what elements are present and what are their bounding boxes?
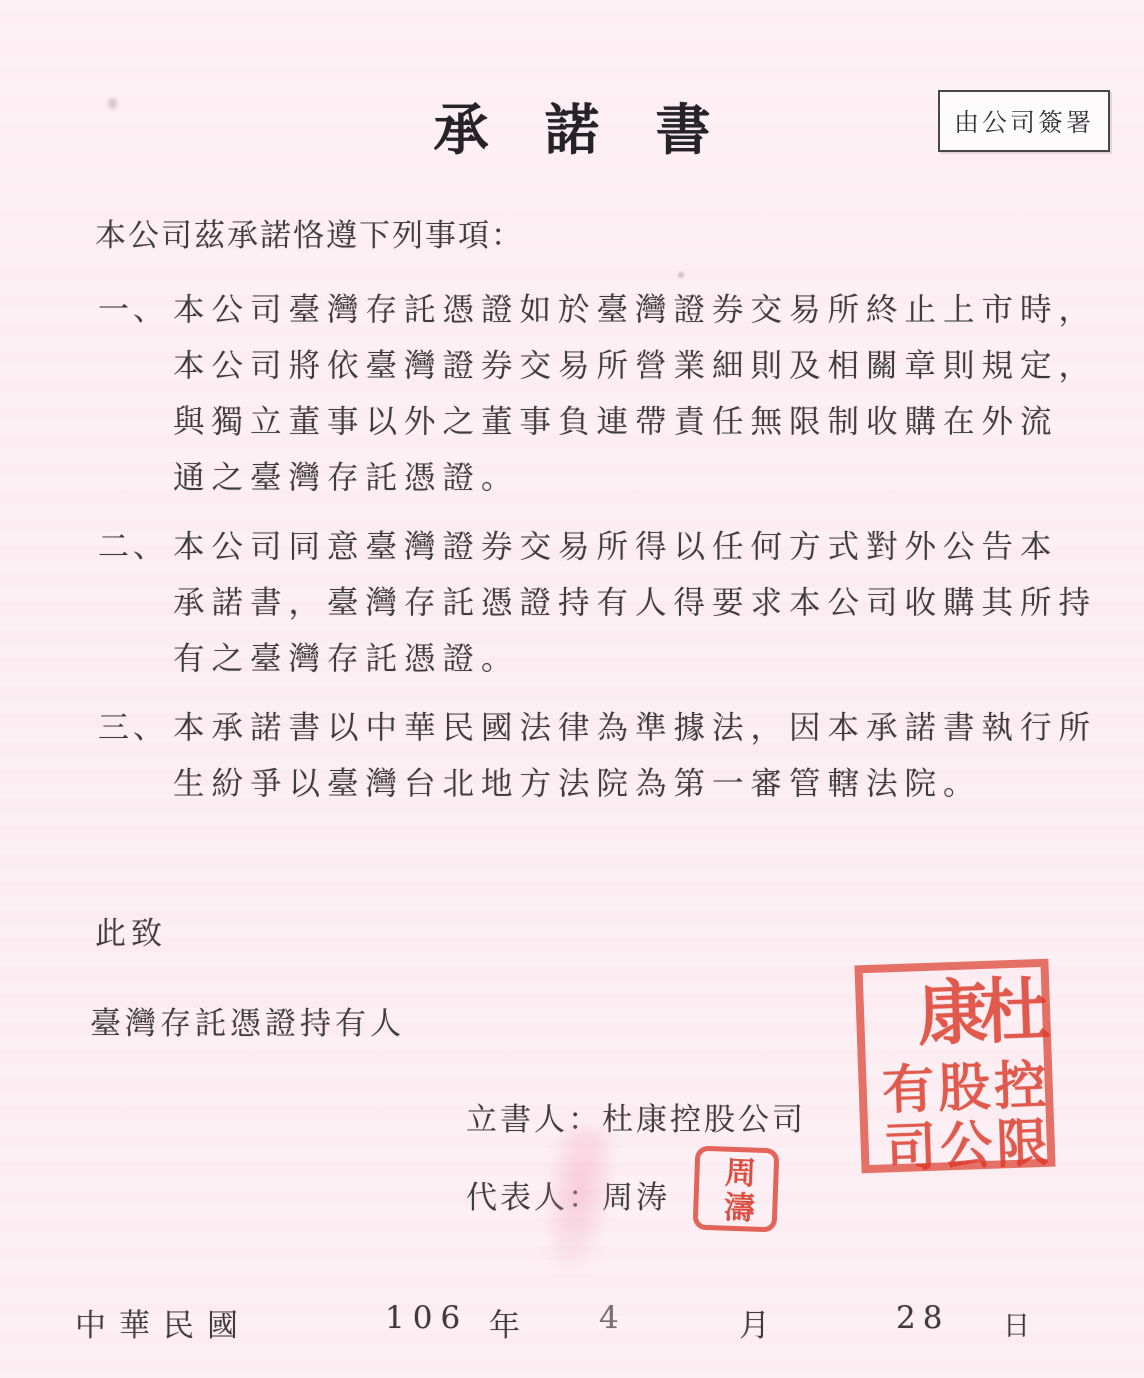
- item-text-line: 本公司同意臺灣證券交易所得以任何方式對外公告本: [173, 519, 1108, 575]
- list-item: 三、 本承諾書以中華民國法律為準據法，因本承諾書執行所 生紛爭以臺灣台北地方法院…: [98, 700, 1108, 812]
- representative-seal-char-left: 濤: [718, 1190, 752, 1222]
- item-number: 一、: [98, 282, 173, 506]
- item-number: 二、: [98, 519, 173, 687]
- company-seal-stamp: 杜康 控股有 限公司: [854, 959, 1055, 1174]
- scan-smudge: [536, 1122, 620, 1279]
- representative-seal-stamp: 周 濤: [693, 1146, 780, 1233]
- commitment-items: 一、 本公司臺灣存託憑證如於臺灣證券交易所終止上市時， 本公司將依臺灣證券交易所…: [98, 282, 1108, 825]
- addressee-line: 臺灣存託憑證持有人: [90, 998, 405, 1043]
- date-year-unit: 年: [489, 1300, 520, 1345]
- date-era: 中華民國: [75, 1300, 251, 1345]
- item-text: 本承諾書以中華民國法律為準據法，因本承諾書執行所 生紛爭以臺灣台北地方法院為第一…: [173, 700, 1108, 812]
- item-text: 本公司同意臺灣證券交易所得以任何方式對外公告本 承諾書，臺灣存託憑證持有人得要求…: [173, 519, 1108, 687]
- item-text-line: 本公司臺灣存託憑證如於臺灣證券交易所終止上市時，: [173, 282, 1108, 338]
- item-text-line: 生紛爭以臺灣台北地方法院為第一審管轄法院。: [173, 756, 1108, 812]
- list-item: 二、 本公司同意臺灣證券交易所得以任何方式對外公告本 承諾書，臺灣存託憑證持有人…: [98, 519, 1108, 687]
- representative-seal-char-right: 周: [720, 1155, 754, 1187]
- scan-speck: [678, 272, 684, 278]
- item-text-line: 承諾書，臺灣存託憑證持有人得要求本公司收購其所持: [173, 575, 1108, 631]
- scanned-commitment-letter: 承諾書 由公司簽署 本公司茲承諾恪遵下列事項： 一、 本公司臺灣存託憑證如於臺灣…: [0, 0, 1144, 1378]
- signed-by-company-label: 由公司簽署: [954, 103, 1094, 139]
- date-day-value: 28: [896, 1300, 949, 1336]
- salute-line: 此致: [95, 908, 167, 953]
- item-text-line: 本公司將依臺灣證券交易所營業細則及相關章則規定，: [173, 338, 1108, 394]
- date-day-unit: 日: [1003, 1304, 1030, 1343]
- item-text-line: 有之臺灣存託憑證。: [173, 631, 1108, 687]
- intro-line: 本公司茲承諾恪遵下列事項：: [95, 210, 524, 255]
- issuer-line: 立書人：杜康控股公司: [466, 1094, 806, 1139]
- date-year-value: 106: [385, 1300, 468, 1336]
- company-seal-column-left: 限公司: [870, 1115, 1046, 1177]
- item-text: 本公司臺灣存託憑證如於臺灣證券交易所終止上市時， 本公司將依臺灣證券交易所營業細…: [173, 282, 1108, 506]
- date-month-value: 4: [599, 1300, 619, 1336]
- item-text-line: 本承諾書以中華民國法律為準據法，因本承諾書執行所: [173, 700, 1108, 756]
- date-line: 中華民國 106 年 4 月 28 日: [0, 1300, 1144, 1350]
- item-text-line: 通之臺灣存託憑證。: [173, 450, 1108, 506]
- company-seal-column-right: 杜康: [865, 973, 1042, 1063]
- signed-by-company-box: 由公司簽署: [938, 90, 1110, 152]
- scan-speck: [108, 98, 117, 109]
- company-seal-column-middle: 控股有: [868, 1057, 1044, 1121]
- item-number: 三、: [98, 700, 173, 812]
- date-month-unit: 月: [739, 1300, 770, 1345]
- item-text-line: 與獨立董事以外之董事負連帶責任無限制收購在外流: [173, 394, 1108, 450]
- list-item: 一、 本公司臺灣存託憑證如於臺灣證券交易所終止上市時， 本公司將依臺灣證券交易所…: [98, 282, 1108, 506]
